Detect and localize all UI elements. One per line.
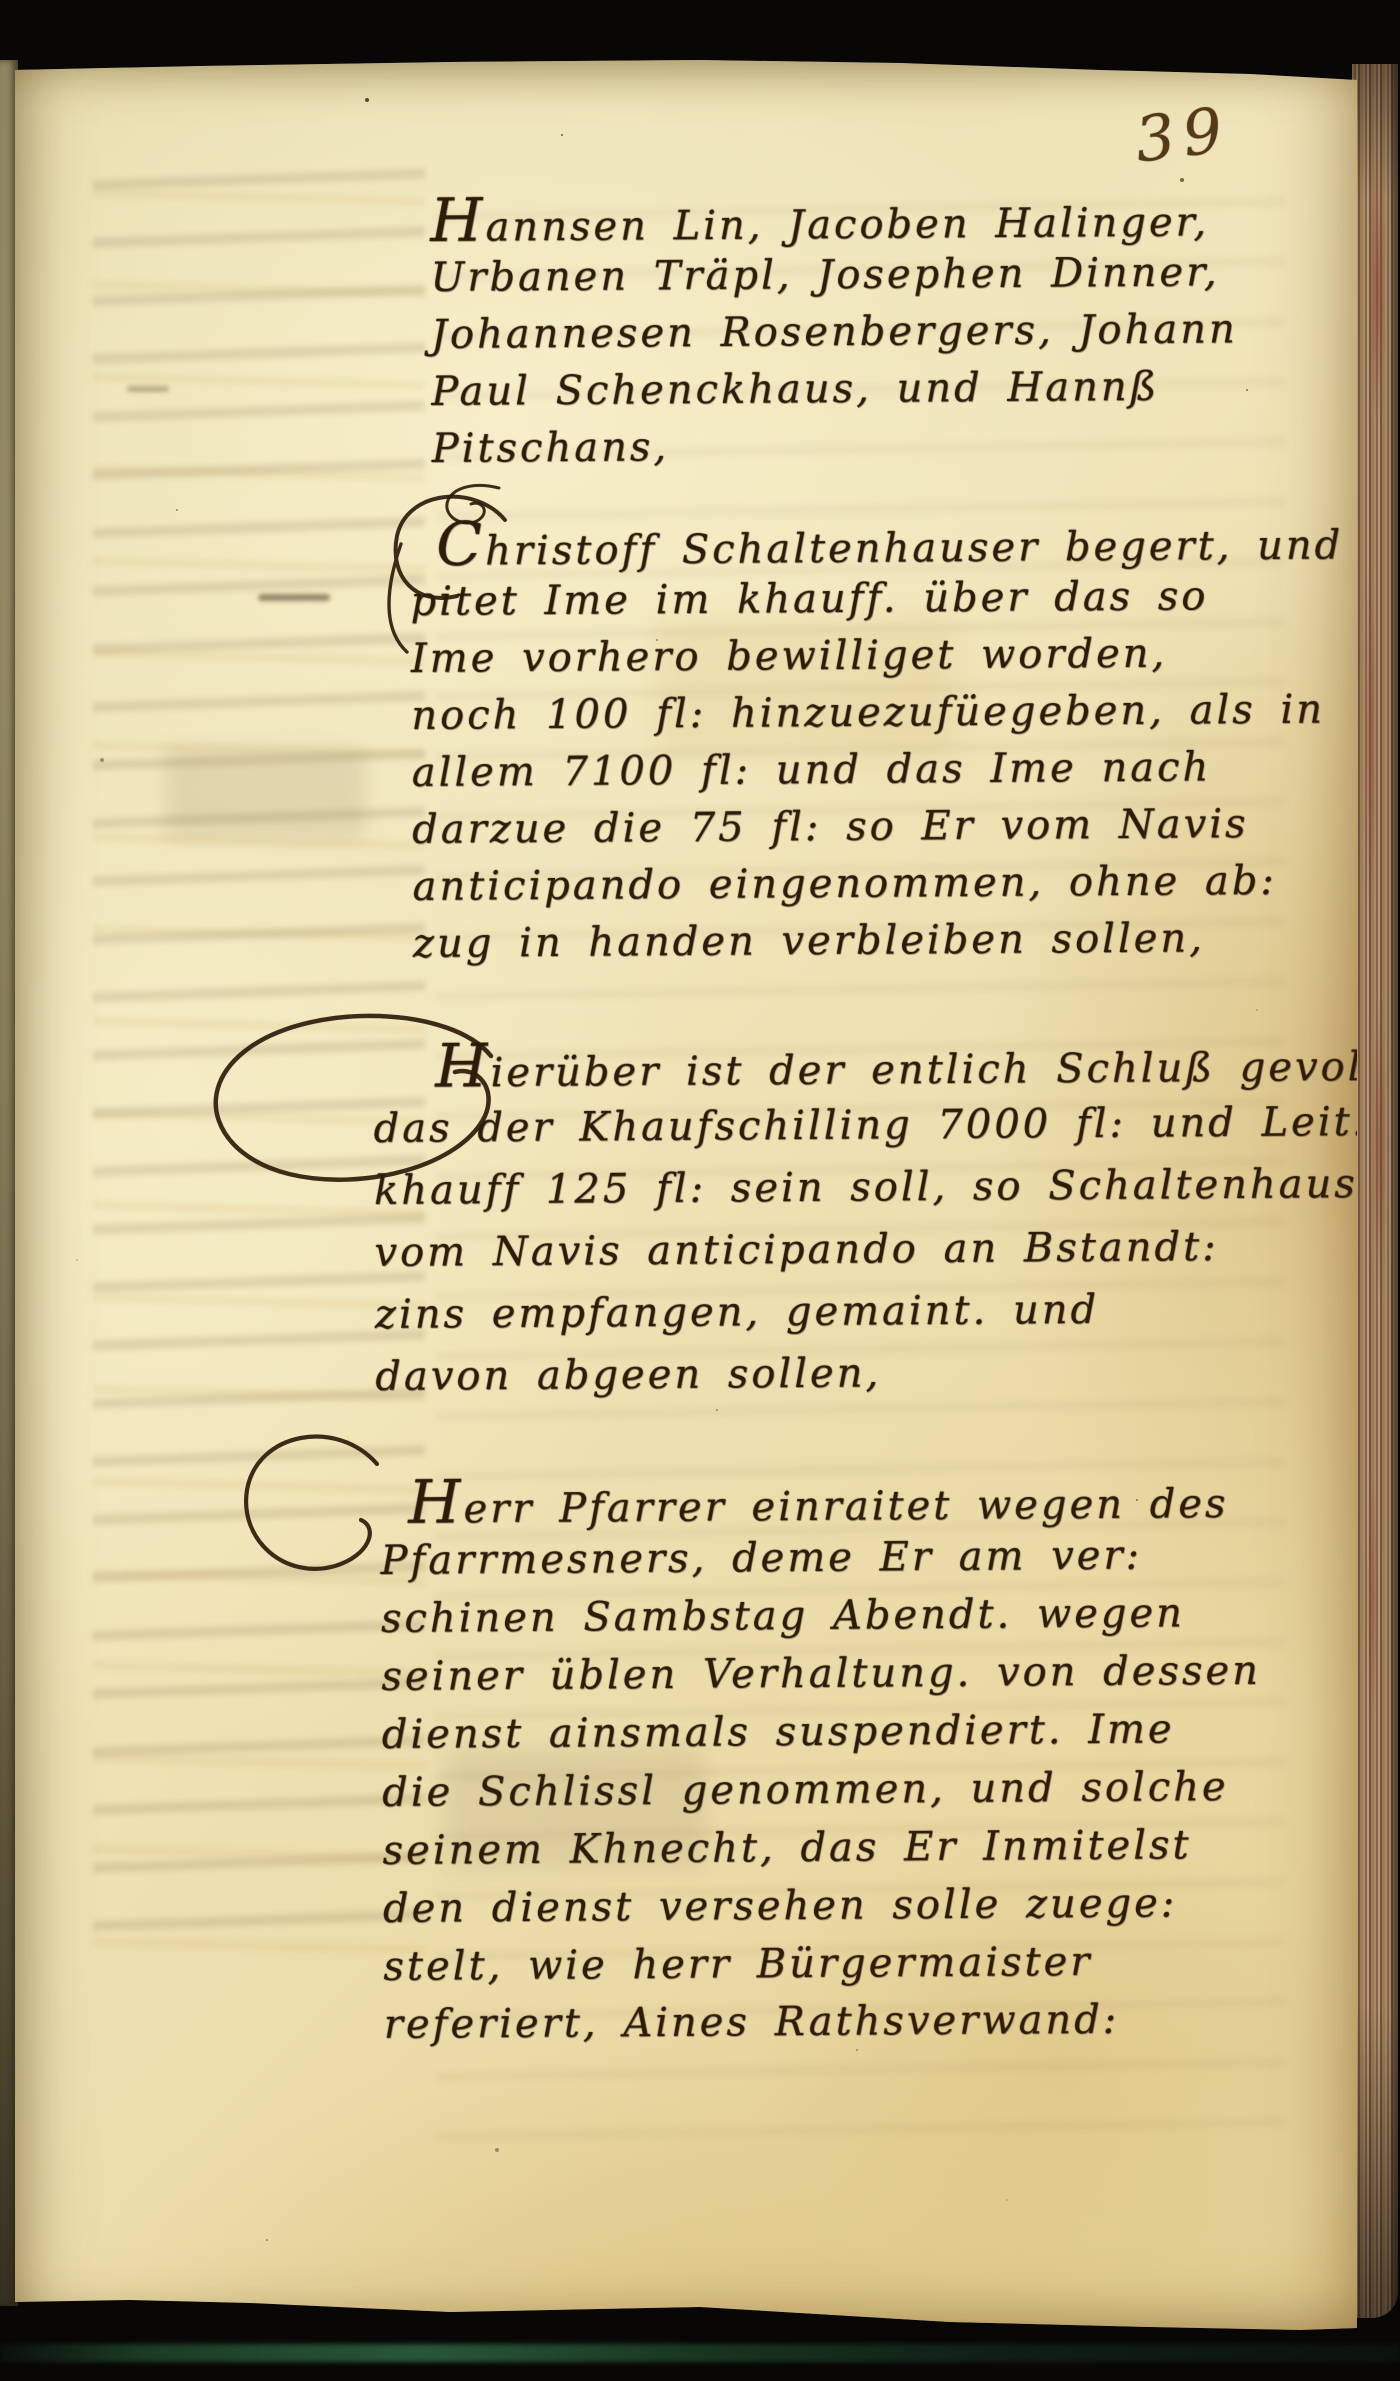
handwritten-line: stelt, wie herr Bürgermaister: [383, 1936, 1263, 2000]
handwritten-line: pitet Ime im khauff. über das so: [410, 570, 1343, 634]
page-number: 39: [1131, 85, 1299, 177]
handwritten-line: Herr Pfarrer einraitet wegen des: [408, 1472, 1260, 1536]
handwritten-line: zug in handen verbleiben sollen,: [413, 912, 1346, 976]
handwritten-line: Pitschans,: [432, 418, 1239, 481]
handwritten-line: die Schlissl genommen, und solche: [382, 1762, 1262, 1826]
handwritten-line: Christoff Schaltenhauser begert, und: [410, 513, 1343, 577]
scan-light-streak: [0, 2344, 1400, 2362]
handwritten-line: davon abgeen sollen,: [375, 1345, 1400, 1414]
handwritten-line: seiner üblen Verhaltung. von dessen: [381, 1646, 1261, 1710]
handwritten-line: noch 100 fl: hinzuezufüegeben, als in: [411, 684, 1344, 748]
handwritten-line: Pfarrmesners, deme Er am ver:: [380, 1530, 1260, 1594]
handwritten-line: dienst ainsmals suspendiert. Ime: [382, 1704, 1262, 1768]
paragraph-resolution: Hierüber ist der entlich Schluß gevolgt,…: [373, 1035, 1400, 1414]
handwritten-line: Hannsen Lin, Jacoben Halinger,: [430, 190, 1237, 253]
handwritten-line: Ime vorhero bewilliget worden,: [411, 627, 1344, 691]
handwritten-line: anticipando eingenommen, ohne ab:: [412, 855, 1345, 919]
paragraph-names-list: Hannsen Lin, Jacoben Halinger, Urbanen T…: [430, 190, 1239, 481]
handwritten-line: Paul Schenckhaus, und Hannß: [431, 361, 1238, 424]
handwritten-line: das der Khaufschilling 7000 fl: und Leit…: [373, 1097, 1400, 1166]
handwritten-line: darzue die 75 fl: so Er vom Navis: [412, 798, 1345, 862]
handwritten-line: khauff 125 fl: sein soll, so Schaltenhau…: [374, 1159, 1400, 1228]
handwritten-line: den dienst versehen solle zuege:: [383, 1878, 1263, 1942]
handwritten-line: Hierüber ist der entlich Schluß gevolgt,: [435, 1035, 1400, 1104]
handwritten-line: zins empfangen, gemaint. und: [375, 1283, 1400, 1352]
paragraph-pfarrer-report: Herr Pfarrer einraitet wegen des Pfarrme…: [380, 1472, 1264, 2058]
photo-background: 39 Hannsen Lin, Jacoben Halinger, Urbane…: [0, 0, 1400, 2381]
paragraph-schaltenhauser-request: Christoff Schaltenhauser begert, und pit…: [410, 513, 1346, 976]
handwritten-line: schinen Sambstag Abendt. wegen: [381, 1588, 1261, 1652]
handwritten-line: seinem Khnecht, das Er Inmitelst: [382, 1820, 1262, 1884]
handwritten-line: Johannesen Rosenbergers, Johann: [431, 304, 1238, 367]
ink-smudge: [127, 386, 169, 392]
handwritten-line: Urbanen Träpl, Josephen Dinner,: [430, 247, 1237, 310]
show-through-blob: [165, 748, 365, 838]
handwritten-line: vom Navis anticipando an Bstandt:: [374, 1221, 1400, 1290]
handwritten-line: allem 7100 fl: und das Ime nach: [412, 741, 1345, 805]
ink-smudge: [258, 594, 330, 601]
paper-speckles: [365, 98, 369, 102]
book-fore-edge: [1352, 64, 1398, 2318]
manuscript-page: 39 Hannsen Lin, Jacoben Halinger, Urbane…: [15, 58, 1357, 2334]
handwritten-line: referiert, Aines Rathsverwand:: [384, 1994, 1264, 2058]
